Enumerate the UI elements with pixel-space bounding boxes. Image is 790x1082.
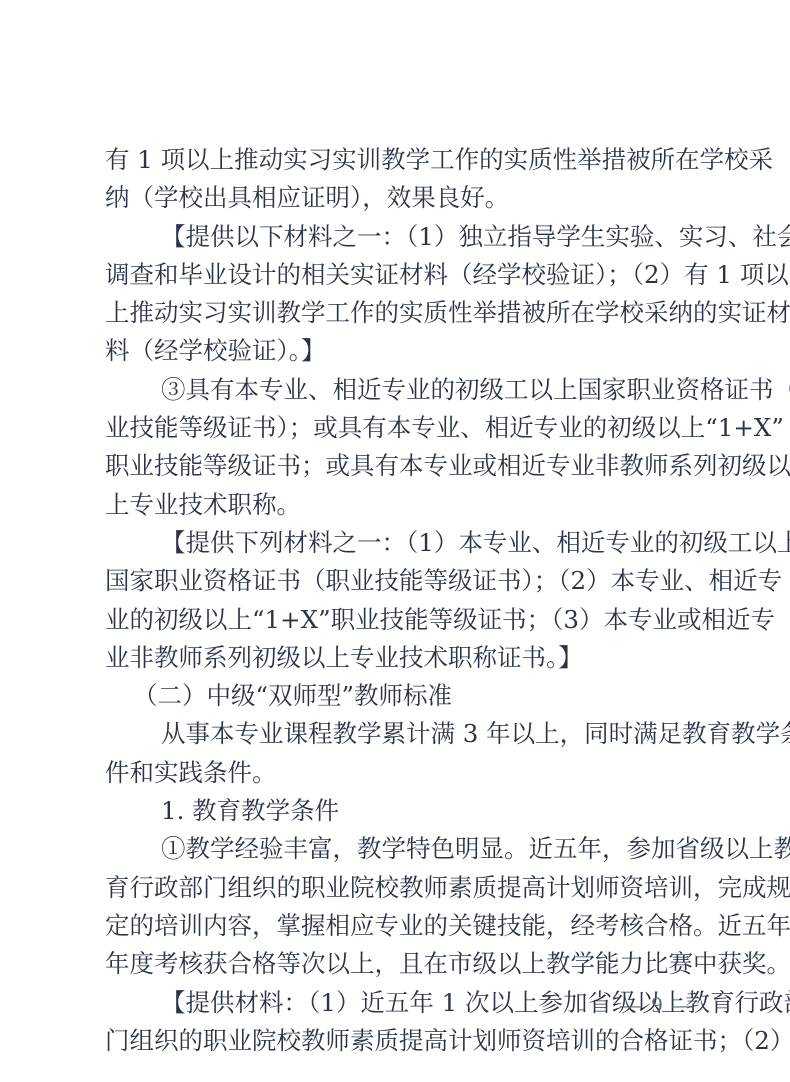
paragraph-line: 上推动实习实训教学工作的实质性举措被所在学校采纳的实证材 [105, 294, 701, 332]
paragraph-line: 国家职业资格证书（职业技能等级证书）；（2）本专业、相近专 [105, 562, 701, 600]
paragraph-line: 件和实践条件。 [105, 754, 701, 792]
paragraph-line: 调查和毕业设计的相关实证材料（经学校验证）；（2）有 1 项以 [105, 256, 701, 294]
paragraph-line: 纳（学校出具相应证明），效果良好。 [105, 179, 701, 217]
subsection-heading: 1. 教育教学条件 [105, 792, 701, 830]
paragraph-line: 【提供以下材料之一：（1）独立指导学生实验、实习、社会 [105, 218, 701, 256]
paragraph-line: 料（经学校验证）。】 [105, 332, 701, 370]
document-page: 有 1 项以上推动实习实训教学工作的实质性举措被所在学校采 纳（学校出具相应证明… [105, 141, 701, 1060]
paragraph-line: 育行政部门组织的职业院校教师素质提高计划师资培训，完成规 [105, 869, 701, 907]
paragraph-line: 有 1 项以上推动实习实训教学工作的实质性举措被所在学校采 [105, 141, 701, 179]
paragraph-line: 职业技能等级证书；或具有本专业或相近专业非教师系列初级以 [105, 447, 701, 485]
paragraph-line: ③具有本专业、相近专业的初级工以上国家职业资格证书（职 [105, 371, 701, 409]
paragraph-line: 定的培训内容，掌握相应专业的关键技能，经考核合格。近五年， [105, 907, 701, 945]
paragraph-line: 【提供材料：（1）近五年 1 次以上参加省级以上教育行政部 [105, 984, 701, 1022]
page-number: — 9 — [620, 992, 696, 1018]
paragraph-line: 业的初级以上“1+X”职业技能等级证书；（3）本专业或相近专 [105, 601, 701, 639]
paragraph-line: ①教学经验丰富，教学特色明显。近五年，参加省级以上教 [105, 830, 701, 868]
paragraph-line: 上专业技术职称。 [105, 486, 701, 524]
paragraph-line: 从事本专业课程教学累计满 3 年以上，同时满足教育教学条 [105, 715, 701, 753]
section-heading: （二）中级“双师型”教师标准 [105, 677, 701, 715]
paragraph-line: 业技能等级证书）；或具有本专业、相近专业的初级以上“1+X” [105, 409, 701, 447]
paragraph-line: 年度考核获合格等次以上，且在市级以上教学能力比赛中获奖。 [105, 945, 701, 983]
paragraph-line: 业非教师系列初级以上专业技术职称证书。】 [105, 639, 701, 677]
paragraph-line: 门组织的职业院校教师素质提高计划师资培训的合格证书；（2） [105, 1022, 701, 1060]
paragraph-line: 【提供下列材料之一：（1）本专业、相近专业的初级工以上 [105, 524, 701, 562]
